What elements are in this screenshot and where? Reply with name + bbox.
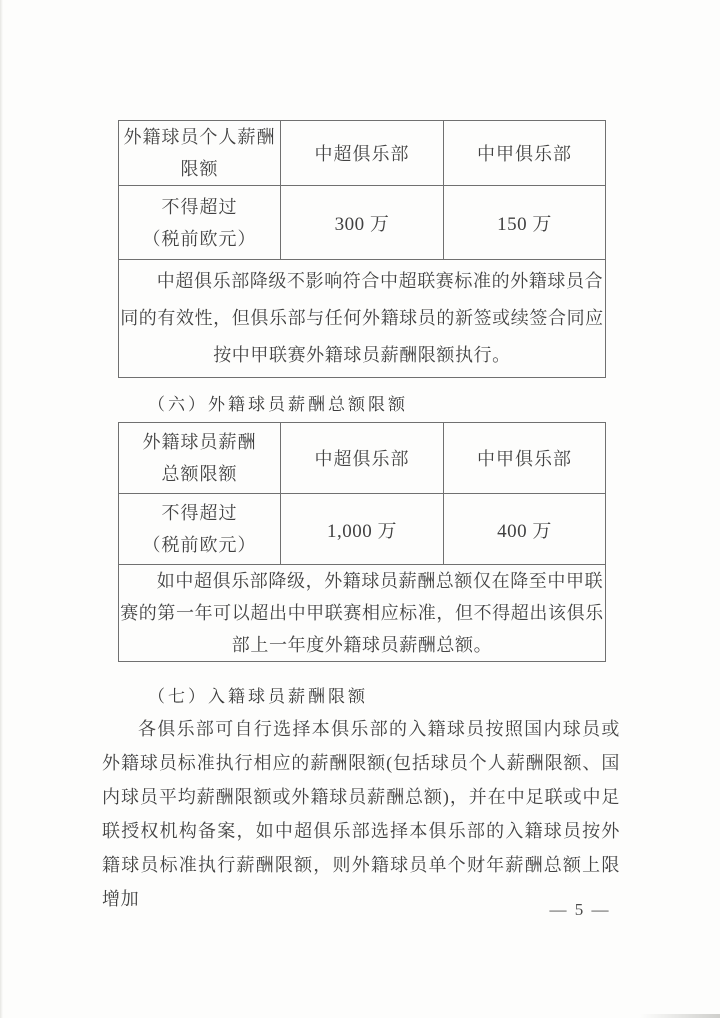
individual-table-note: 中超俱乐部降级不影响符合中超联赛标准的外籍球员合同的有效性，但俱乐部与任何外籍球…: [119, 260, 606, 378]
total-salary-limit-table: 外籍球员薪酬 总额限额 中超俱乐部 中甲俱乐部 不得超过 （税前欧元） 1,00…: [118, 422, 606, 662]
document-page: 外籍球员个人薪酬 限额 中超俱乐部 中甲俱乐部 不得超过 （税前欧元） 300 …: [0, 0, 720, 1018]
total-table-csl-value: 1,000 万: [281, 494, 444, 565]
table-row: 中超俱乐部降级不影响符合中超联赛标准的外籍球员合同的有效性，但俱乐部与任何外籍球…: [119, 260, 606, 378]
section-6-heading: （六）外籍球员薪酬总额限额: [148, 390, 408, 415]
page-number: — 5 —: [540, 900, 620, 920]
total-table-limit-label: 不得超过 （税前欧元）: [119, 494, 281, 565]
individual-table-row-header: 外籍球员个人薪酬 限额: [119, 121, 281, 186]
section-7-paragraph: 各俱乐部可自行选择本俱乐部的入籍球员按照国内球员或外籍球员标准执行相应的薪酬限额…: [102, 712, 620, 916]
total-table-col-csl: 中超俱乐部: [281, 423, 444, 494]
table-row: 外籍球员薪酬 总额限额 中超俱乐部 中甲俱乐部: [119, 423, 606, 494]
individual-table-league-one-value: 150 万: [444, 186, 606, 260]
individual-table-limit-label: 不得超过 （税前欧元）: [119, 186, 281, 260]
individual-salary-limit-table: 外籍球员个人薪酬 限额 中超俱乐部 中甲俱乐部 不得超过 （税前欧元） 300 …: [118, 120, 606, 378]
total-table-row-header: 外籍球员薪酬 总额限额: [119, 423, 281, 494]
individual-table-col-csl: 中超俱乐部: [281, 121, 444, 186]
individual-table-csl-value: 300 万: [281, 186, 444, 260]
scan-edge-artifact-left: [0, 0, 3, 1018]
total-table-league-one-value: 400 万: [444, 494, 606, 565]
section-7-heading: （七）入籍球员薪酬限额: [148, 682, 368, 707]
scan-edge-artifact-bottom: [640, 1014, 720, 1018]
table-row: 不得超过 （税前欧元） 1,000 万 400 万: [119, 494, 606, 565]
table-row: 外籍球员个人薪酬 限额 中超俱乐部 中甲俱乐部: [119, 121, 606, 186]
table-row: 不得超过 （税前欧元） 300 万 150 万: [119, 186, 606, 260]
total-table-col-league-one: 中甲俱乐部: [444, 423, 606, 494]
individual-table-col-league-one: 中甲俱乐部: [444, 121, 606, 186]
table-row: 如中超俱乐部降级，外籍球员薪酬总额仅在降至中甲联赛的第一年可以超出中甲联赛相应标…: [119, 565, 606, 662]
total-table-note: 如中超俱乐部降级，外籍球员薪酬总额仅在降至中甲联赛的第一年可以超出中甲联赛相应标…: [119, 565, 606, 662]
